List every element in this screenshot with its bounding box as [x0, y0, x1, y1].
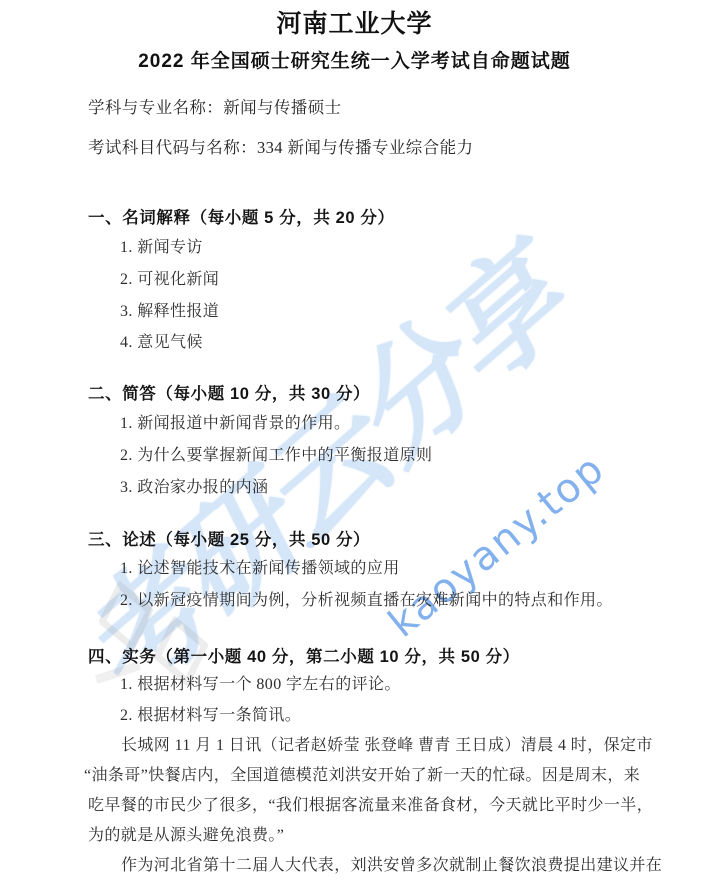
question-item: 1. 根据材料写一个 800 字左右的评论。: [120, 673, 401, 697]
major-line: 学科与专业名称：新闻与传播硕士: [88, 96, 342, 120]
section-3-title: 三、论述（每小题 25 分，共 50 分）: [88, 528, 370, 552]
question-item: 3. 解释性报道: [120, 300, 219, 324]
question-item: 1. 新闻专访: [120, 236, 203, 260]
university-title: 河南工业大学: [0, 12, 709, 36]
question-item: 2. 根据材料写一条简讯。: [120, 704, 301, 728]
exam-title: 2022 年全国硕士研究生统一入学考试自命题试题: [0, 50, 709, 74]
section-2-title: 二、简答（每小题 10 分，共 30 分）: [88, 382, 370, 406]
section-4-title: 四、实务（第一小题 40 分，第二小题 10 分，共 50 分）: [88, 645, 520, 669]
material-line: 作为河北省第十二届人大代表，刘洪安曾多次就制止餐饮浪费提出建议并在: [121, 854, 662, 878]
material-line: 吃早餐的市民少了很多，“我们根据客流量来准备食材，今天就比平时少一半，: [88, 794, 653, 818]
section-1-title: 一、名词解释（每小题 5 分，共 20 分）: [88, 206, 395, 230]
material-line: 长城网 11 月 1 日讯（记者赵娇莹 张登峰 曹青 王日成）清晨 4 时，保定…: [121, 734, 653, 758]
material-line: “油条哥”快餐店内，全国道德模范刘洪安开始了新一天的忙碌。因是周末，来: [84, 764, 640, 788]
question-item: 2. 以新冠疫情期间为例，分析视频直播在灾难新闻中的特点和作用。: [120, 589, 613, 613]
exam-paper-page: 考研云分享 kaoyany.top 河南工业大学 2022 年全国硕士研究生统一…: [0, 0, 709, 891]
question-item: 3. 政治家办报的内涵: [120, 476, 268, 500]
question-item: 1. 新闻报道中新闻背景的作用。: [120, 412, 350, 436]
question-item: 4. 意见气候: [120, 331, 203, 355]
question-item: 2. 为什么要掌握新闻工作中的平衡报道原则: [120, 444, 432, 468]
material-line: 为的就是从源头避免浪费。”: [88, 824, 284, 848]
subject-line: 考试科目代码与名称：334 新闻与传播专业综合能力: [88, 136, 473, 160]
question-item: 1. 论述智能技术在新闻传播领域的应用: [120, 557, 400, 581]
question-item: 2. 可视化新闻: [120, 268, 219, 292]
